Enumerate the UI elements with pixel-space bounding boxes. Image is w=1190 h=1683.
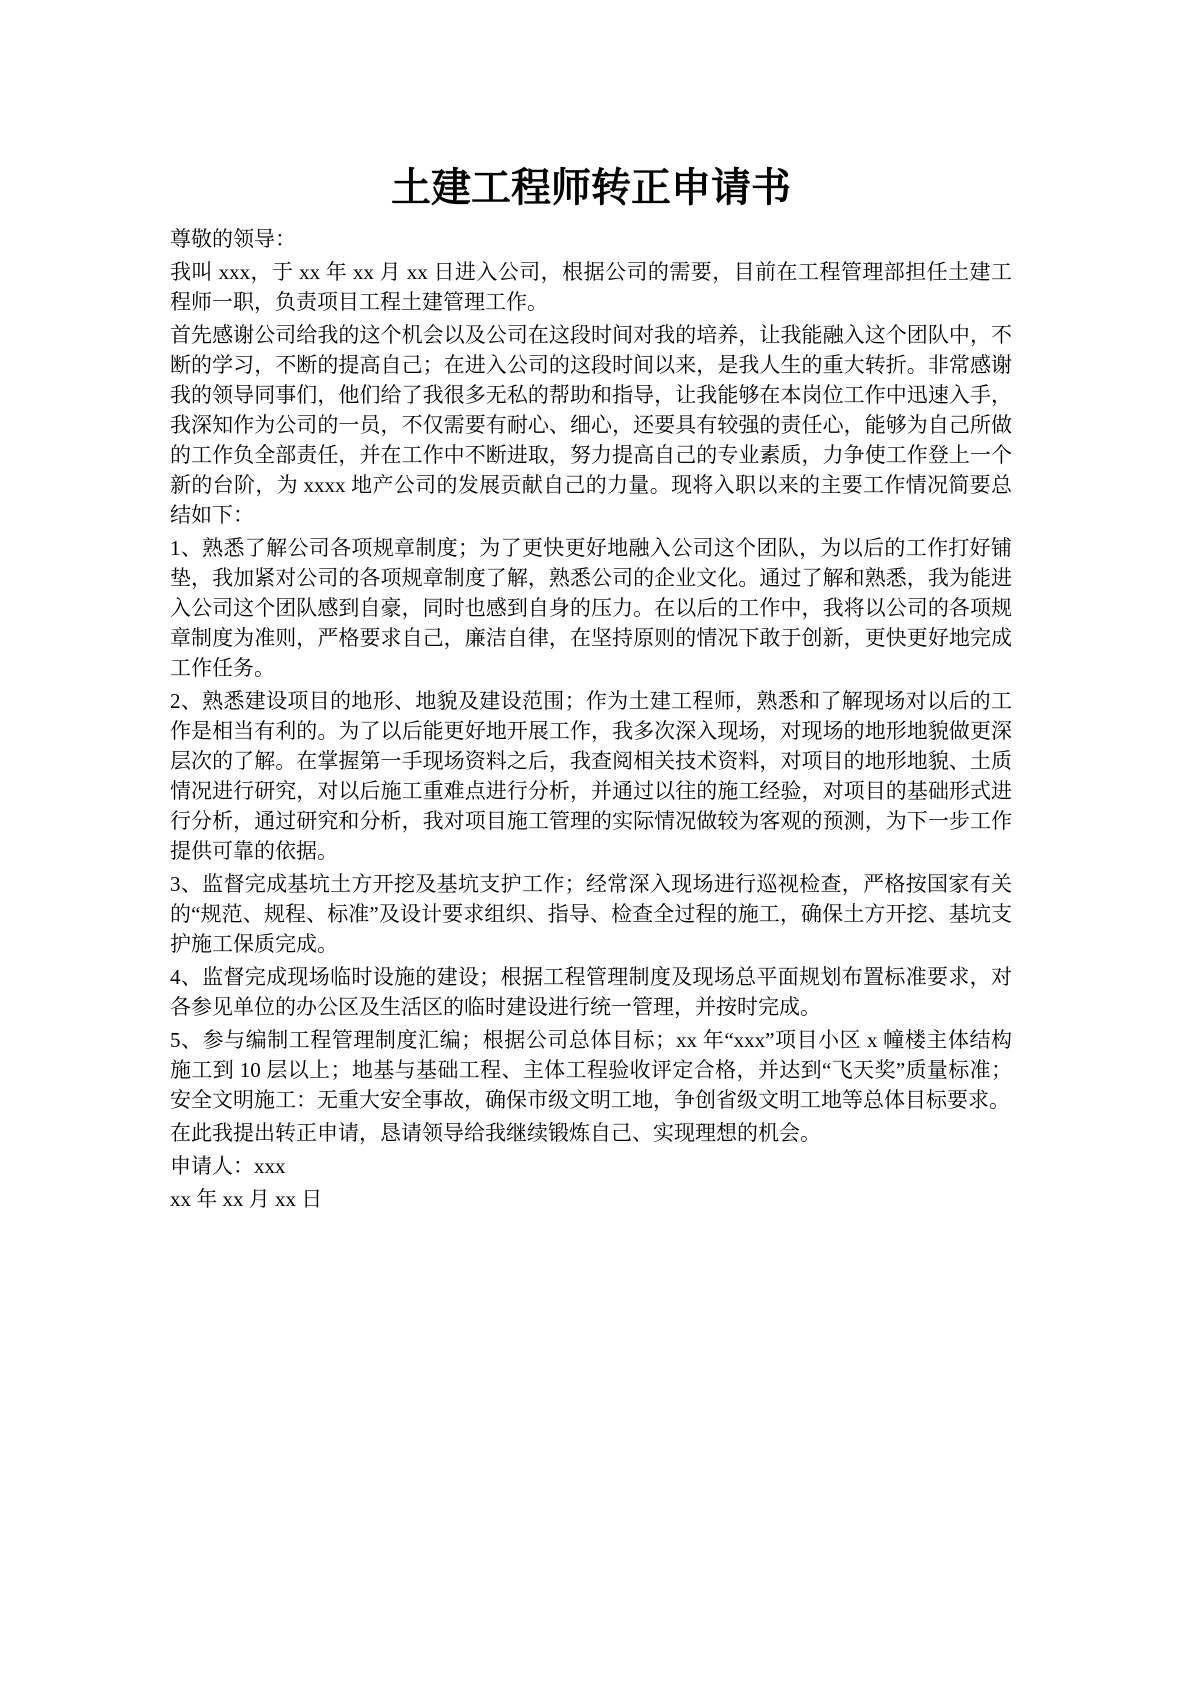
document-page: 土建工程师转正申请书 尊敬的领导： 我叫 xxx，于 xx 年 xx 月 xx … [0, 0, 1190, 1683]
paragraph-applicant: 申请人：xxx [170, 1151, 1012, 1181]
paragraph-item-4: 4、监督完成现场临时设施的建设；根据工程管理制度及现场总平面规划布置标准要求，对… [170, 962, 1012, 1022]
paragraph-item-3: 3、监督完成基坑土方开挖及基坑支护工作；经常深入现场进行巡视检查，严格按国家有关… [170, 869, 1012, 959]
document-content: 土建工程师转正申请书 尊敬的领导： 我叫 xxx，于 xx 年 xx 月 xx … [170, 165, 1012, 1217]
paragraph-salutation: 尊敬的领导： [170, 224, 1012, 254]
paragraph-item-1: 1、熟悉了解公司各项规章制度；为了更快更好地融入公司这个团队，为以后的工作打好铺… [170, 533, 1012, 683]
paragraph-introduction: 我叫 xxx，于 xx 年 xx 月 xx 日进入公司，根据公司的需要，目前在工… [170, 257, 1012, 317]
paragraph-request: 在此我提出转正申请，恳请领导给我继续锻炼自己、实现理想的机会。 [170, 1118, 1012, 1148]
paragraph-item-5: 5、参与编制工程管理制度汇编；根据公司总体目标；xx 年“xxx”项目小区 x … [170, 1025, 1012, 1115]
paragraph-item-2: 2、熟悉建设项目的地形、地貌及建设范围；作为土建工程师，熟悉和了解现场对以后的工… [170, 686, 1012, 866]
paragraph-gratitude: 首先感谢公司给我的这个机会以及公司在这段时间对我的培养，让我能融入这个团队中，不… [170, 320, 1012, 530]
document-title: 土建工程师转正申请书 [170, 165, 1012, 211]
paragraph-date: xx 年 xx 月 xx 日 [170, 1184, 1012, 1214]
